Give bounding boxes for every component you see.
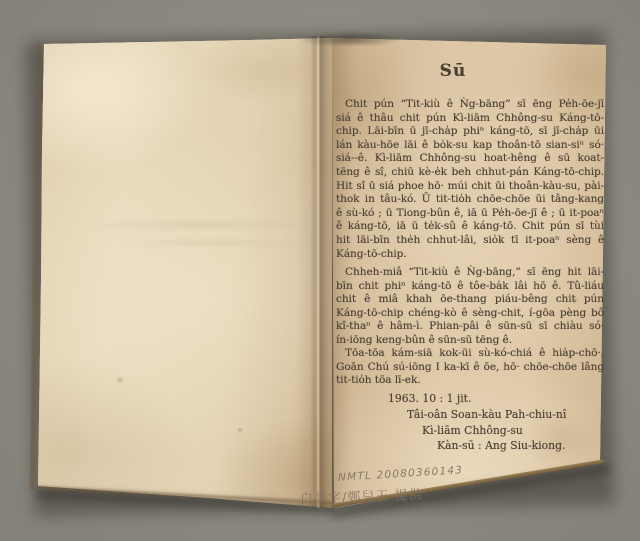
text-line: tēng ê sî, chiū kè-e̍k beh chhut-pán Kán… (336, 166, 604, 180)
text-line: Chit pún “Tit-kiù ê Ǹg-bāng” sī ēng Pe̍h… (336, 98, 604, 112)
text-line: Káng-tō-chip chéng-kò ê sèng-chit, í-gōa… (336, 307, 604, 321)
text-line: Tōa-tōa kám-siā kok-ūi sù-kó-chiá ê hia̍… (336, 347, 604, 361)
text-line: bīn chit phiⁿ káng-tō ê tôe-ba̍k lâi hō … (336, 280, 604, 294)
text-line: kî-thaⁿ ê hâm-ì. Phian-pâi ê sūn-sū sī c… (336, 320, 604, 334)
date-line: 1963. 10 : 1 jit. (388, 392, 471, 406)
text-line: Hit sî ū siá phoe hō· múi chit ūi thoân-… (336, 180, 604, 194)
text-line: siá ê thâu chit pún Kì-liām Chhông-su Ká… (336, 112, 604, 126)
text-line: lán kàu-hōe lāi ê bo̍k-su kap thoân-tō s… (336, 139, 604, 153)
signature-line: Tâi-oân Soan-kàu Pah-chiu-nî (407, 408, 566, 422)
text-line: tit-tio̍h tōa lī-ek. (336, 374, 604, 388)
text-line: siá--ê. Kì-liām Chhông-su hoat-hêng ê sū… (336, 152, 604, 166)
text-line: hit lāi-bīn the̍h chhut-lâi, sio̍k tī it… (336, 234, 604, 248)
text-line: Goān Chú sú-iōng I ka-kī ê ōe, hō· chōe-… (336, 361, 604, 375)
preface-paragraph-2: Chheh-miâ “Tit-kiù ê Ǹg-bāng,” sī ēng hi… (336, 266, 604, 348)
text-line: chit ê miâ khah ōe-thang piáu-bêng chit … (336, 293, 604, 307)
preface-paragraph-1: Chit pún “Tit-kiù ê Ǹg-bāng” sī ēng Pe̍h… (336, 98, 604, 261)
text-line: thok in tâu-kó. Ū tit-tio̍h chōe-chōe ūi… (336, 193, 604, 207)
gutter-top-shadow (298, 31, 402, 45)
photo-background: Sū Chit pún “Tit-kiù ê Ǹg-bāng” sī ēng P… (0, 0, 640, 541)
text-line: ê sù-kó ; ū Tiong-bûn ê, iā ū Pe̍h-ōe-jī… (336, 207, 604, 221)
text-line: Káng-tō-chip. (336, 248, 604, 262)
signature-line: Kàn-sū : Ang Siu-kiong. (437, 439, 565, 453)
text-line: ê káng-tō, iā ū te̍k-sû ê káng-tō. Chit … (336, 220, 604, 234)
text-line: chip. Lāi-bīn ū jī-cha̍p phiⁿ káng-tō, s… (336, 125, 604, 139)
signature-line: Kì-liām Chhông-su (422, 424, 523, 438)
preface-paragraph-3: Tōa-tōa kám-siā kok-ūi sù-kó-chiá ê hia̍… (336, 347, 604, 388)
text-line: Chheh-miâ “Tit-kiù ê Ǹg-bāng,” sī ēng hi… (336, 266, 604, 280)
page-title: Sū (319, 65, 587, 79)
text-line: ín-iōng keng-bûn ê sūn-sū tēng ê. (336, 334, 604, 348)
